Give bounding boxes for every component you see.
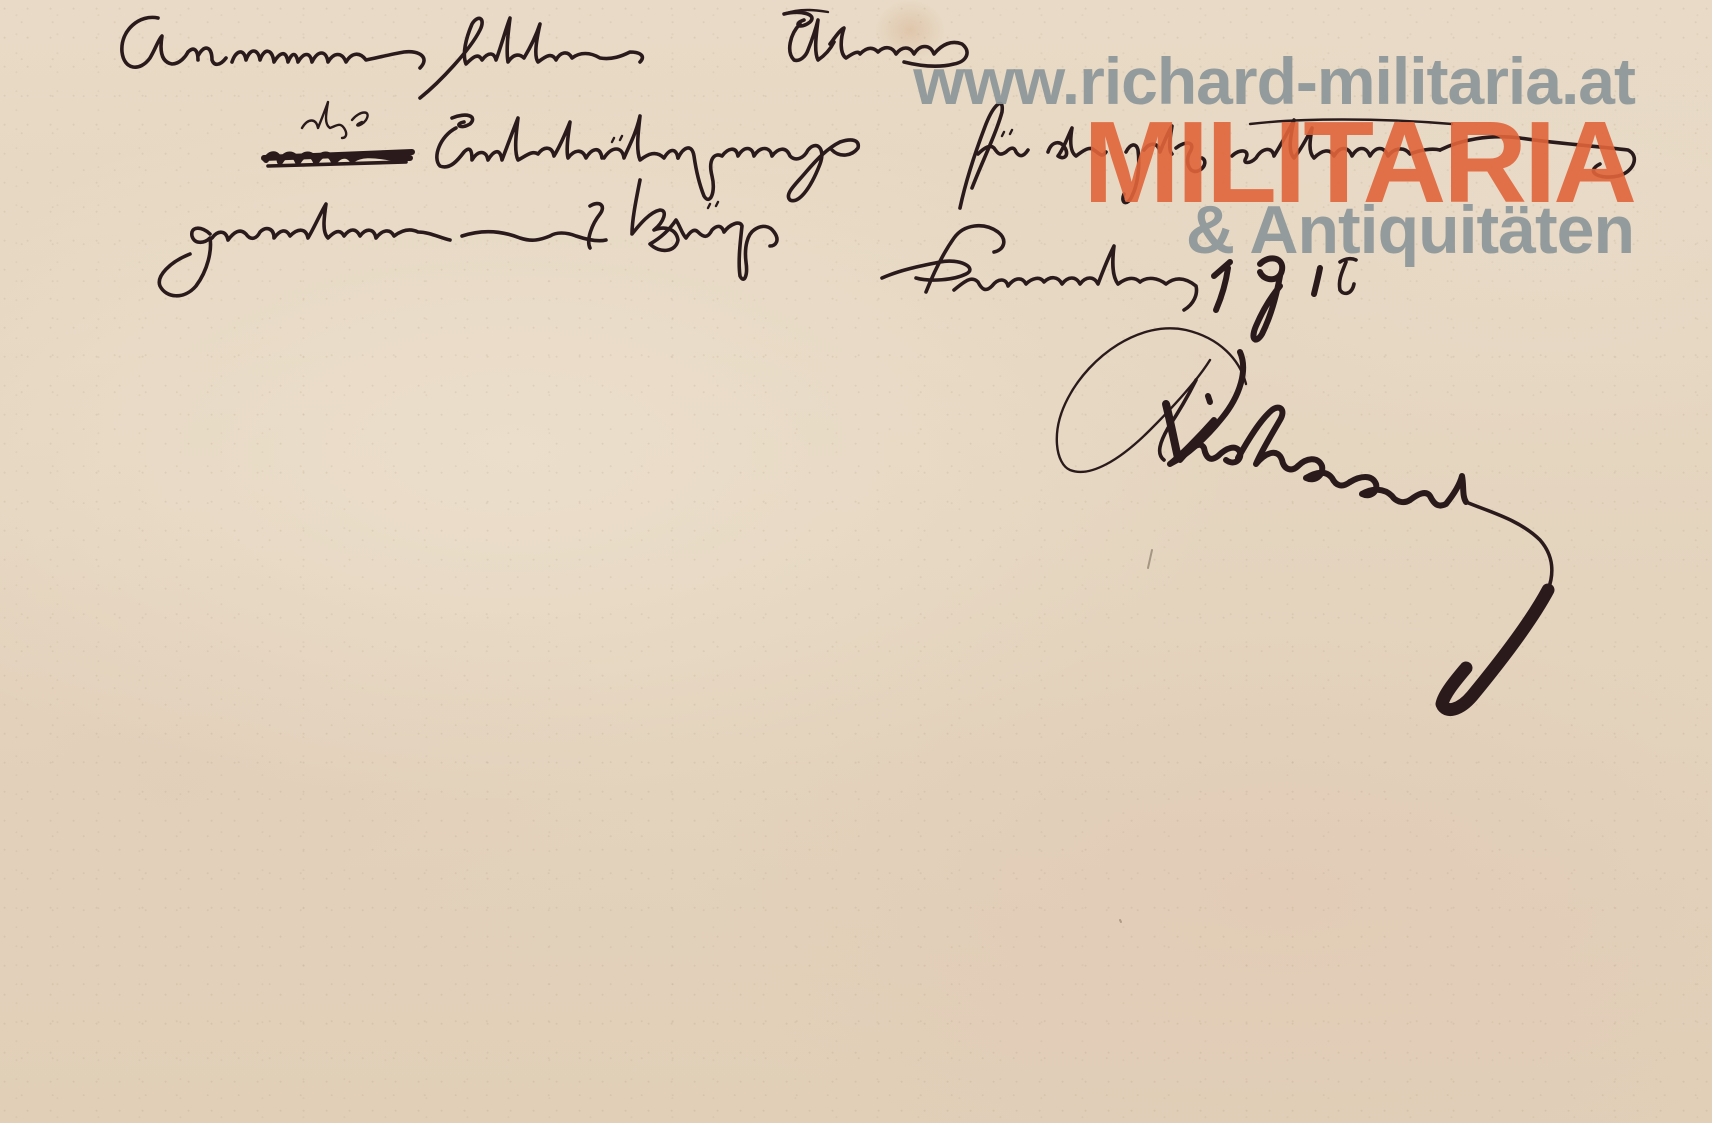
script-date: [882, 226, 1356, 340]
script-line-3: [159, 180, 777, 296]
handwritten-note: An meine liebsten Eltern nun als Entschä…: [0, 0, 1712, 1123]
paper-marks: [1120, 550, 1152, 922]
script-line-2: [264, 102, 1634, 208]
script-line-1: [122, 10, 967, 98]
signature: [1057, 328, 1552, 709]
